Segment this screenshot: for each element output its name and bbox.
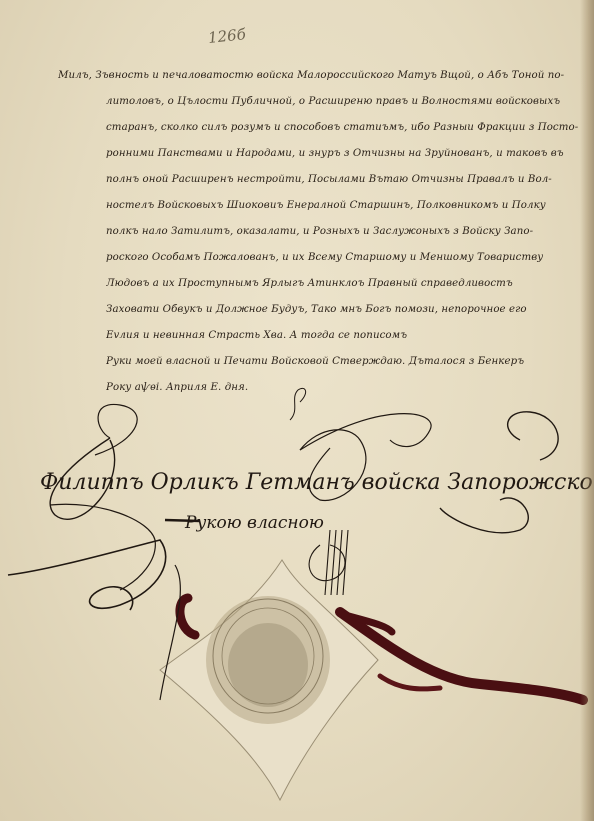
manuscript-page: 126б Милъ, Зъвность и печаловатостю войс… [0, 0, 594, 821]
text-line: старанъ, сколко силъ розумъ и способовъ … [106, 122, 578, 133]
text-line: полнъ оной Расширенъ нестройти, Посылами… [106, 174, 552, 185]
text-line: полкъ нало Затилитъ, оказалати, и Розных… [106, 226, 533, 237]
text-line: литоловъ, о Цълости Публичной, о Расшире… [106, 96, 560, 107]
text-line: ностелъ Войсковыхъ Шиоковиъ Енералной Ст… [106, 200, 546, 211]
signature-subscript: Рукою власною [185, 513, 324, 533]
text-line: Еvлия и невинная Страсть Хва. А тогда се… [106, 330, 407, 341]
text-line: Року аѱѳі. Априля Е. дня. [106, 382, 248, 393]
hetman-signature: Филиппъ Орликъ Гетманъ войска Запорожско… [40, 470, 594, 495]
text-line: ронними Панствами и Народами, и знуръ з … [106, 148, 564, 159]
text-line: Милъ, Зъвность и печаловатостю войска Ма… [58, 70, 564, 81]
folio-number: 126б [207, 25, 246, 47]
text-line: Людовъ а их Проступнымъ Ярлыгъ Атинклоъ … [106, 278, 513, 289]
text-line: Заховати Обвукъ и Должное Будуъ, Тако мн… [106, 304, 527, 315]
text-line: роского Особамъ Пожалованъ, и их Всему С… [106, 252, 543, 263]
text-line: Руки моей власной и Печати Войсковой Ств… [106, 356, 524, 367]
